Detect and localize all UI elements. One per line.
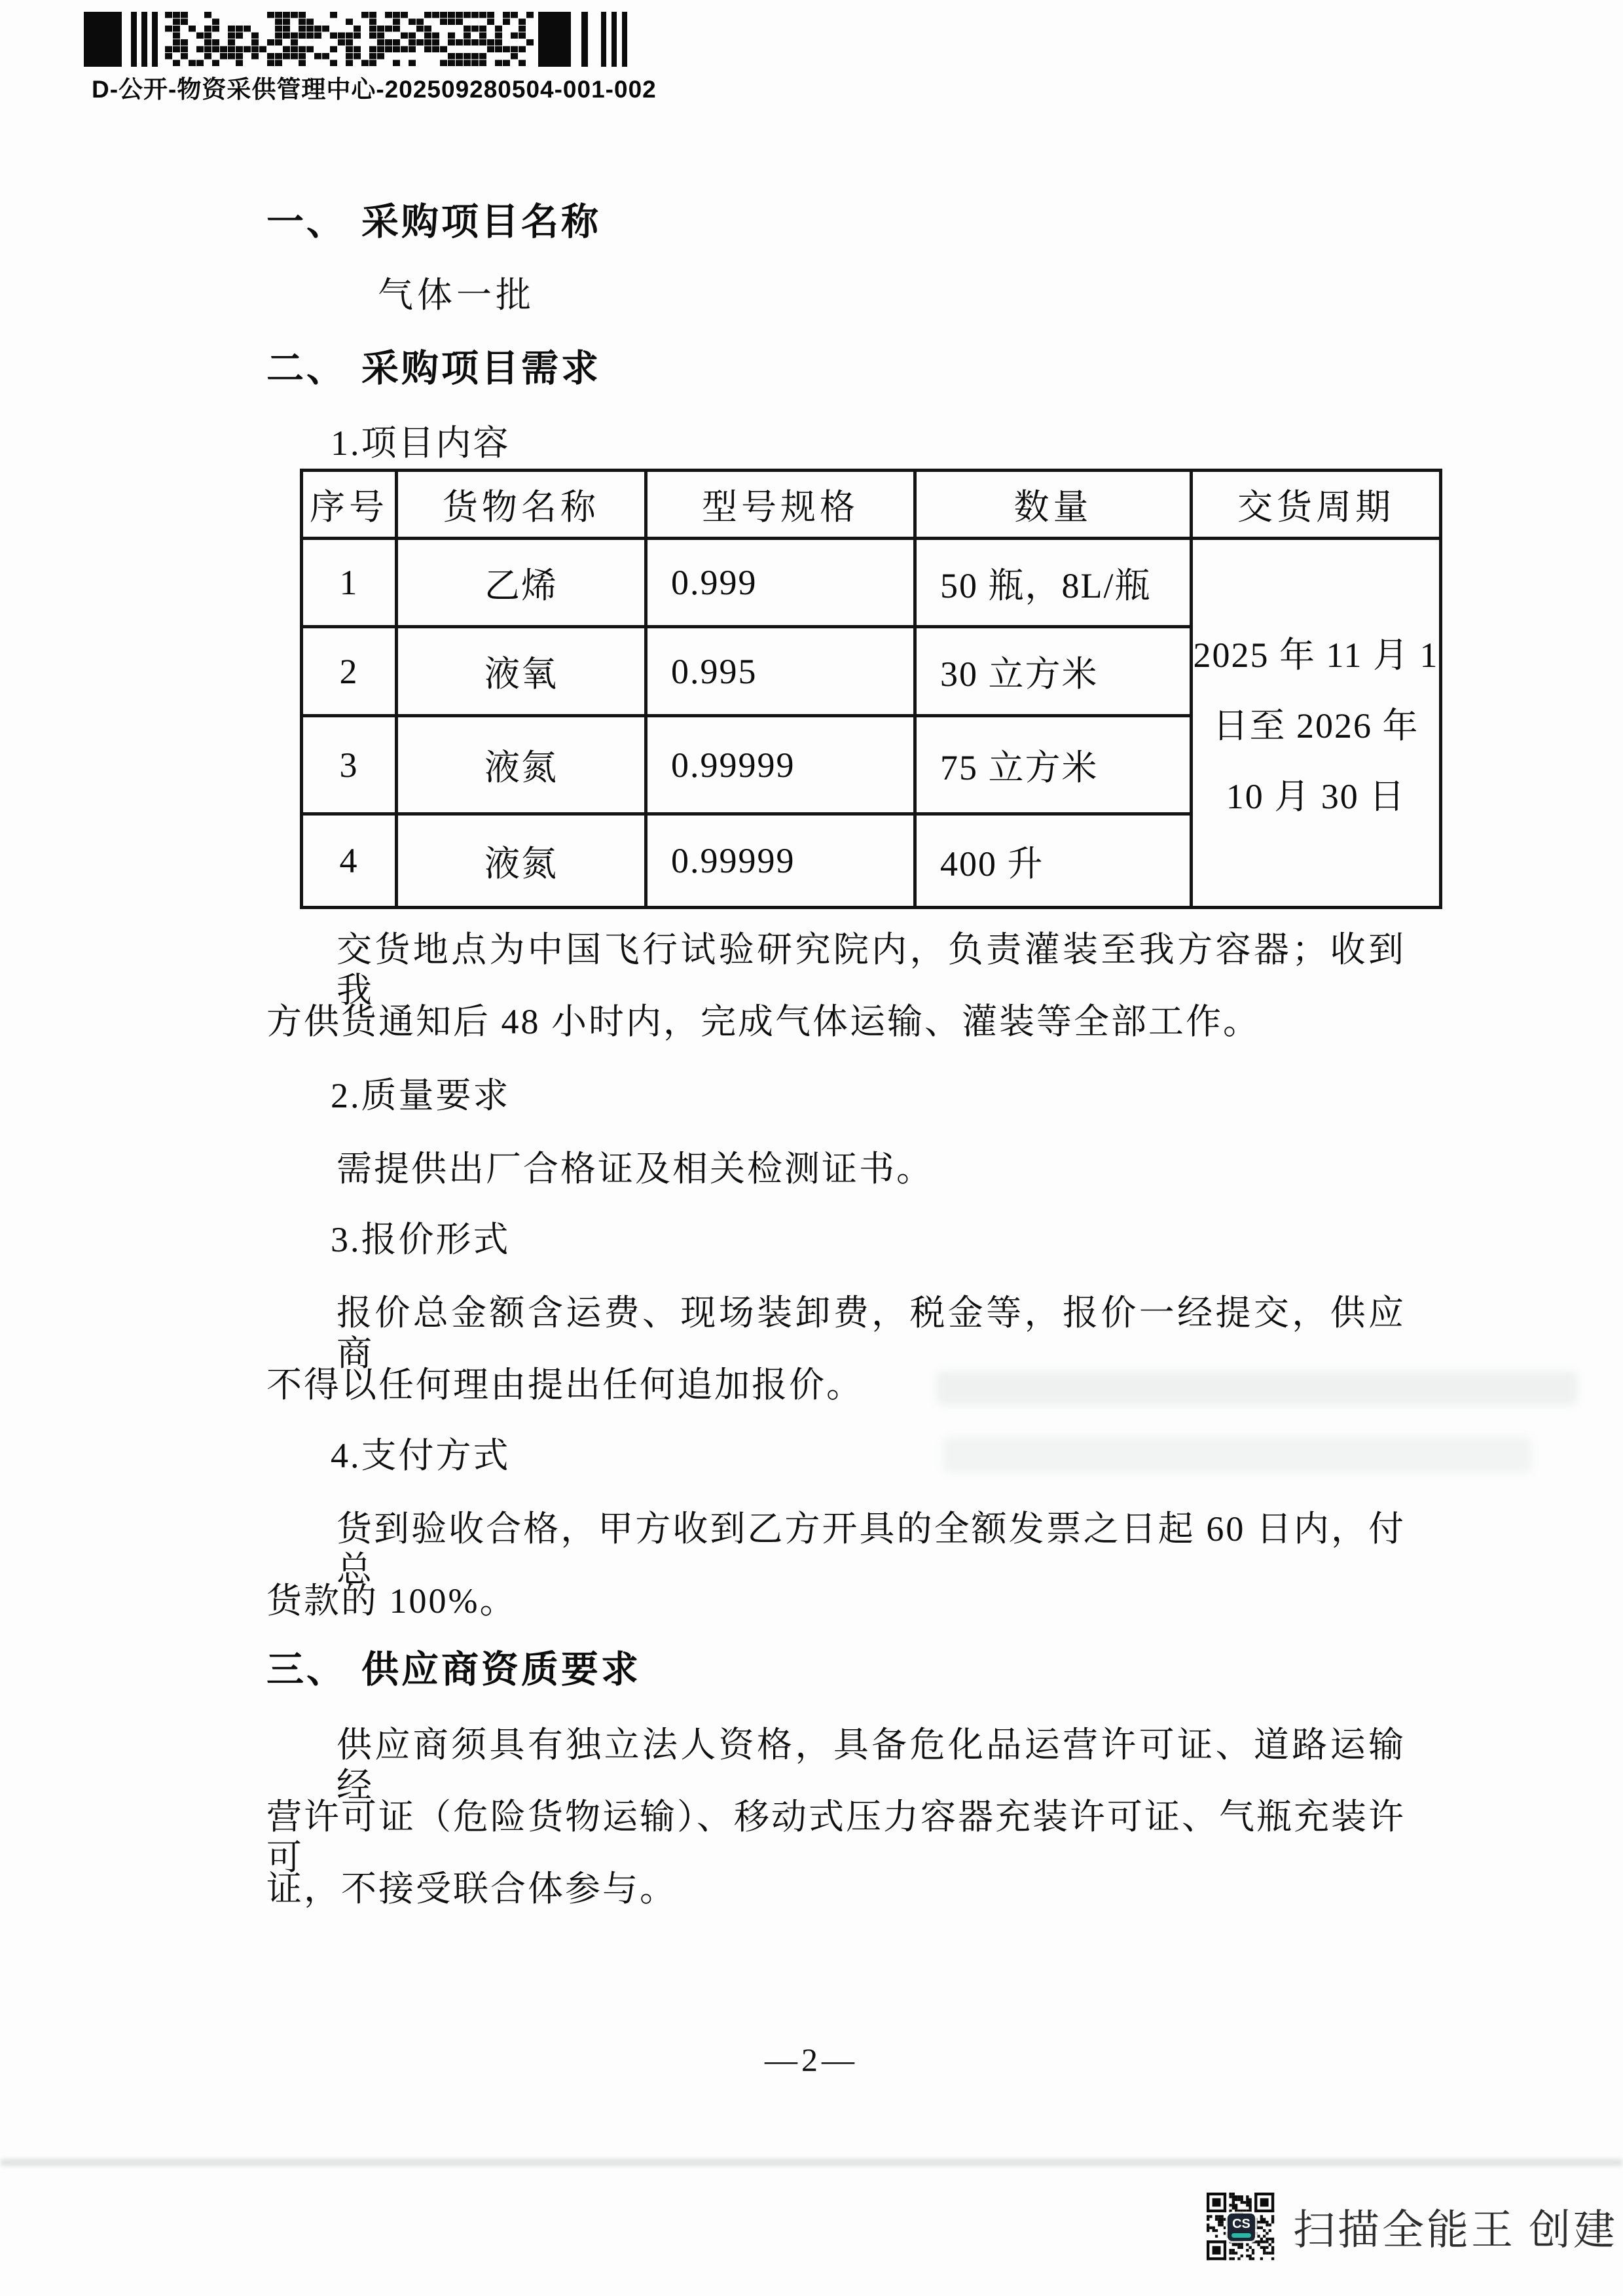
col-header-spec: 型号规格 [646,471,915,539]
section1-heading: 一、 采购项目名称 [266,202,601,243]
qr-code: CS [1207,2190,1275,2263]
page-number: —2— [0,2041,1623,2079]
item3-title: 3.报价形式 [331,1221,511,1259]
paragraph-line: 不得以任何理由提出任何追加报价。 [266,1365,864,1405]
col-header-qty: 数量 [915,471,1192,539]
camscanner-logo-text: CS [1232,2217,1250,2231]
section3-title: 供应商资质要求 [361,1649,641,1691]
cell-no: 4 [302,814,397,908]
camscanner-logo-bar [1231,2233,1251,2238]
cell-spec: 0.99999 [646,716,915,814]
cell-qty: 30 立方米 [915,627,1192,716]
cell-name: 液氮 [397,716,646,814]
cell-qty: 50 瓶，8L/瓶 [915,539,1192,627]
paragraph-line: 方供货通知后 48 小时内，完成气体运输、灌装等全部工作。 [266,1001,1260,1042]
item2-title: 2.质量要求 [331,1077,511,1115]
camscanner-label: 扫描全能王 创建 [1293,2197,1618,2257]
cell-no: 2 [302,627,397,716]
cell-spec: 0.999 [646,539,915,627]
table-row: 1 乙烯 0.999 50 瓶，8L/瓶 2025 年 11 月 1 日至 20… [302,539,1441,627]
cell-no: 1 [302,539,397,627]
paragraph-line: 供应商须具有独立法人资格，具备危化品运营许可证、道路运输经 [266,1725,1406,1806]
section2-heading: 二、 采购项目需求 [266,348,601,389]
item4-title: 4.支付方式 [331,1437,511,1475]
paragraph-line: 证，不接受联合体参与。 [266,1869,677,1909]
item1-title: 1.项目内容 [331,424,511,463]
document-page: D-公开-物资采供管理中心-202509280504-001-002 一、 采购… [0,0,1623,2296]
cell-spec: 0.99999 [646,814,915,908]
cell-qty: 400 升 [915,814,1192,908]
cell-name: 乙烯 [397,539,646,627]
col-header-name: 货物名称 [397,471,646,539]
cell-no: 3 [302,716,397,814]
barcode-icon [84,10,649,68]
paragraph-line: 营许可证（危险货物运输）、移动式压力容器充装许可证、气瓶充装许可 [266,1797,1406,1878]
delivery-period-line: 日至 2026 年 [1193,698,1439,748]
col-header-no: 序号 [302,471,397,539]
project-name: 气体一批 [378,275,535,315]
section2-number: 二、 [266,348,361,389]
cell-name: 液氧 [397,627,646,716]
section3-heading: 三、 供应商资质要求 [266,1649,641,1691]
table-header-row: 序号 货物名称 型号规格 数量 交货周期 [302,471,1441,539]
camscanner-footer: CS 扫描全能王 创建 [1207,2190,1618,2263]
delivery-period-line: 2025 年 11 月 1 [1193,627,1439,677]
scan-artifact [0,2159,1623,2166]
barcode-block: D-公开-物资采供管理中心-202509280504-001-002 [84,10,660,105]
cell-delivery-period: 2025 年 11 月 1 日至 2026 年 10 月 30 日 [1192,539,1441,908]
scan-artifact [936,1371,1578,1405]
paragraph-line: 需提供出厂合格证及相关检测证书。 [337,1149,934,1189]
paragraph-line: 报价总金额含运费、现场装卸费，税金等，报价一经提交，供应商 [266,1293,1406,1374]
paragraph-line: 货款的 100%。 [266,1581,517,1621]
paragraph-line: 交货地点为中国飞行试验研究院内，负责灌装至我方容器；收到我 [266,929,1406,1011]
cell-qty: 75 立方米 [915,716,1192,814]
section3-number: 三、 [266,1649,361,1691]
section2-title: 采购项目需求 [361,348,601,389]
barcode-label: D-公开-物资采供管理中心-202509280504-001-002 [92,69,660,105]
camscanner-logo-icon: CS [1228,2214,1255,2241]
delivery-period-line: 10 月 30 日 [1193,768,1439,819]
project-content-table: 序号 货物名称 型号规格 数量 交货周期 1 乙烯 0.999 50 瓶，8L/… [300,469,1442,909]
cell-spec: 0.995 [646,627,915,716]
scan-artifact [943,1437,1532,1473]
paragraph-line: 货到验收合格，甲方收到乙方开具的全额发票之日起 60 日内，付总 [266,1509,1406,1590]
section1-number: 一、 [266,202,361,243]
section1-title: 采购项目名称 [361,202,601,243]
cell-name: 液氮 [397,814,646,908]
col-header-period: 交货周期 [1192,471,1441,539]
